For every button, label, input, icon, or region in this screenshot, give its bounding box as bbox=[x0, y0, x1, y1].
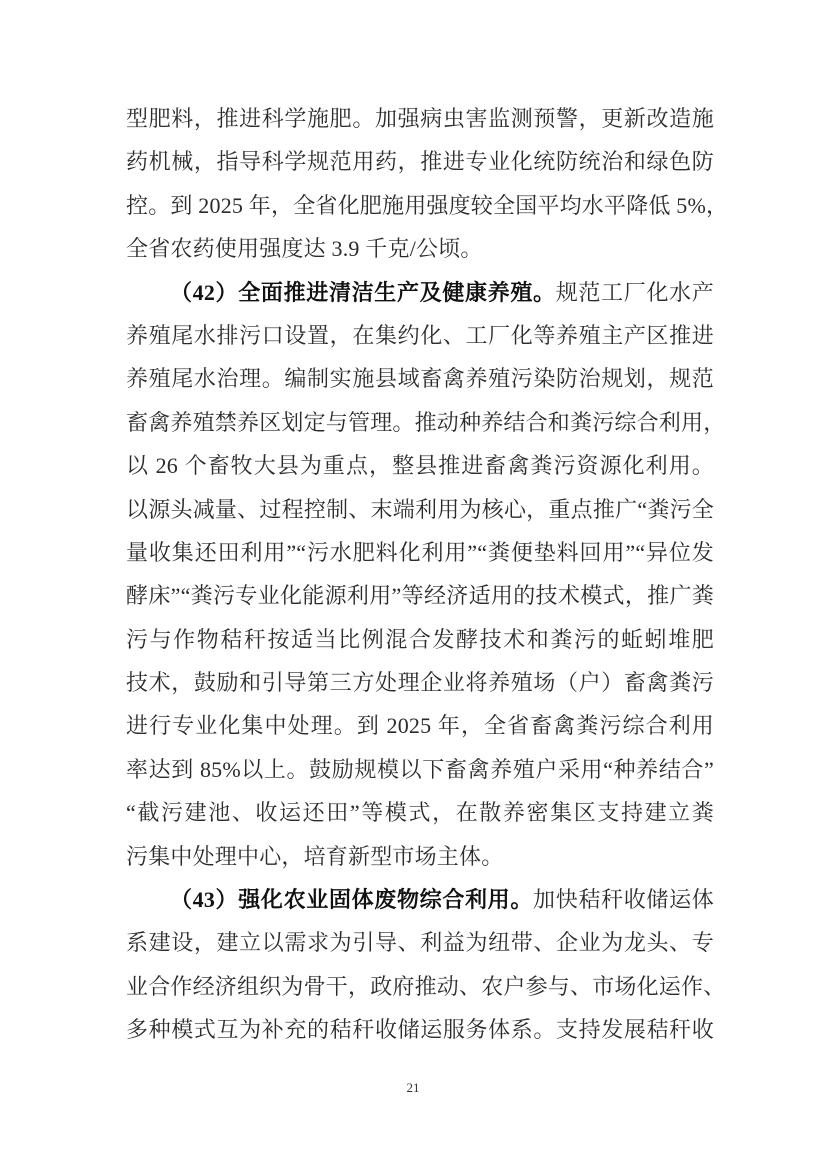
paragraph-end-line: 污集中处理中心，培育新型市场主体。 bbox=[126, 835, 714, 878]
section-42-heading-line: （42）全面推进清洁生产及健康养殖。规范工厂化水产 bbox=[126, 271, 714, 314]
page-number: 21 bbox=[0, 1080, 826, 1096]
text-line: “截污建池、收运还田”等模式，在散养密集区支持建立粪 bbox=[126, 791, 714, 834]
text-line: 量收集还田利用”“污水肥料化利用”“粪便垫料回用”“异位发 bbox=[126, 531, 714, 574]
document-body: 型肥料，推进科学施肥。加强病虫害监测预警，更新改造施 药机械，指导科学规范用药，… bbox=[126, 97, 714, 1052]
line-text: 加快秸秆收储运体 bbox=[533, 887, 714, 912]
document-page: 型肥料，推进科学施肥。加强病虫害监测预警，更新改造施 药机械，指导科学规范用药，… bbox=[0, 0, 826, 1169]
text-line: 畜禽养殖禁养区划定与管理。推动种养结合和粪污综合利用， bbox=[126, 401, 714, 444]
text-line: 污与作物秸秆按适当比例混合发酵技术和粪污的蚯蚓堆肥 bbox=[126, 618, 714, 661]
paragraph-end-line: 全省农药使用强度达 3.9 千克/公顷。 bbox=[126, 227, 714, 270]
section-43-heading-line: （43）强化农业固体废物综合利用。加快秸秆收储运体 bbox=[126, 878, 714, 921]
text-line: 以 26 个畜牧大县为重点，整县推进畜禽粪污资源化利用。 bbox=[126, 444, 714, 487]
line-text: 规范工厂化水产 bbox=[556, 280, 714, 305]
text-line: 养殖尾水治理。编制实施县域畜禽养殖污染防治规划，规范 bbox=[126, 357, 714, 400]
text-line: 技术，鼓励和引导第三方处理企业将养殖场（户）畜禽粪污 bbox=[126, 661, 714, 704]
text-line: 进行专业化集中处理。到 2025 年，全省畜禽粪污综合利用 bbox=[126, 704, 714, 747]
text-line: 酵床”“粪污专业化能源利用”等经济适用的技术模式，推广粪 bbox=[126, 574, 714, 617]
text-line: 药机械，指导科学规范用药，推进专业化统防统治和绿色防 bbox=[126, 140, 714, 183]
text-line: 以源头减量、过程控制、末端利用为核心，重点推广“粪污全 bbox=[126, 488, 714, 531]
text-line: 养殖尾水排污口设置，在集约化、工厂化等养殖主产区推进 bbox=[126, 314, 714, 357]
section-42-heading: （42）全面推进清洁生产及健康养殖。 bbox=[170, 280, 556, 305]
text-line: 多种模式互为补充的秸秆收储运服务体系。支持发展秸秆收 bbox=[126, 1008, 714, 1051]
text-line: 系建设，建立以需求为引导、利益为纽带、企业为龙头、专 bbox=[126, 921, 714, 964]
text-line: 控。到 2025 年，全省化肥施用强度较全国平均水平降低 5%， bbox=[126, 184, 714, 227]
text-line: 型肥料，推进科学施肥。加强病虫害监测预警，更新改造施 bbox=[126, 97, 714, 140]
section-43-heading: （43）强化农业固体废物综合利用。 bbox=[170, 887, 533, 912]
text-line: 业合作经济组织为骨干，政府推动、农户参与、市场化运作、 bbox=[126, 965, 714, 1008]
text-line: 率达到 85%以上。鼓励规模以下畜禽养殖户采用“种养结合” bbox=[126, 748, 714, 791]
